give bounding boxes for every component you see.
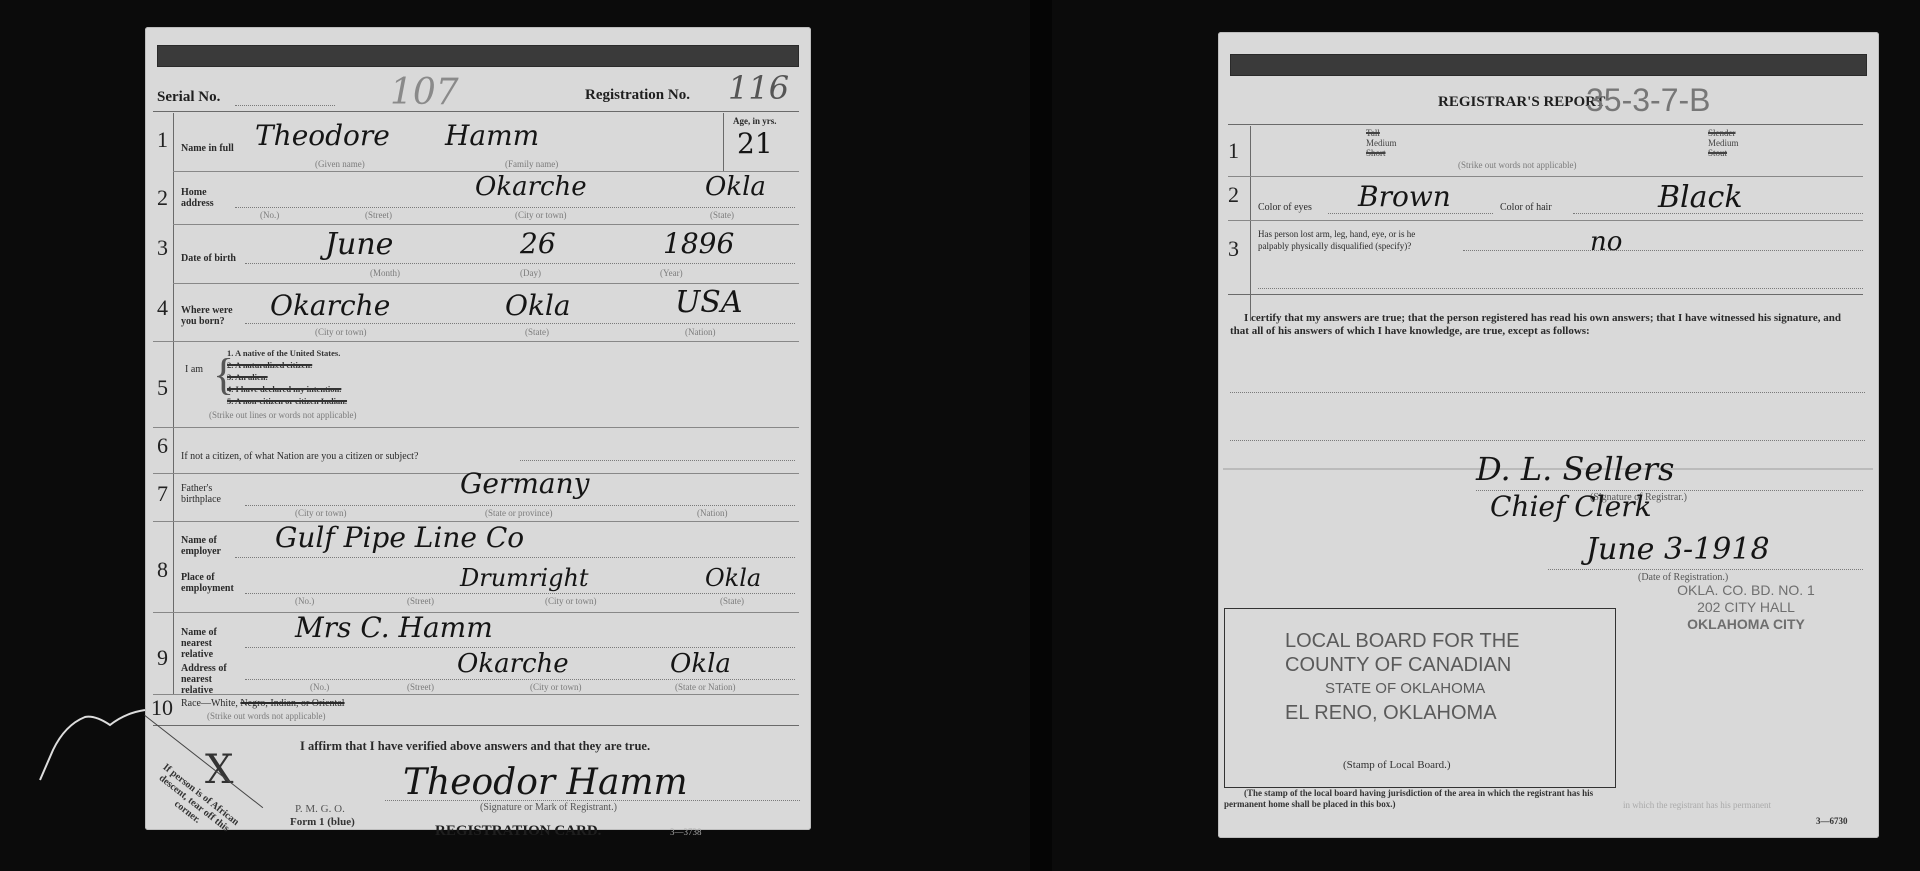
home-address-label: Home address — [181, 187, 221, 209]
local-board-stamp-box: LOCAL BOARD FOR THE COUNTY OF CANADIAN S… — [1224, 608, 1616, 788]
registration-card: Serial No. 107 Registration No. 116 1 Na… — [145, 27, 811, 830]
divider — [1228, 220, 1863, 221]
given-name: Theodore — [255, 119, 390, 152]
board-stamp-line: OKLA. CO. BD. NO. 1 — [1636, 582, 1856, 599]
home-city: Okarche — [475, 172, 587, 202]
registrar-signature: D. L. Sellers — [1476, 450, 1674, 488]
caption: (Day) — [520, 268, 541, 278]
row-number: 8 — [157, 557, 168, 583]
disability-label-2: palpably physically disqualified (specif… — [1258, 242, 1411, 252]
height-medium: Medium — [1366, 138, 1397, 148]
employment-state: Okla — [705, 564, 761, 592]
divider — [1228, 176, 1863, 177]
caption: (State) — [525, 327, 549, 337]
row-number: 9 — [157, 645, 168, 671]
dotted-line — [245, 679, 795, 680]
eye-color-label: Color of eyes — [1258, 202, 1312, 213]
height-short: Short — [1366, 148, 1397, 158]
caption: (State) — [720, 596, 744, 606]
card-title: REGISTRATION CARD. — [435, 823, 601, 840]
caption: (Month) — [370, 268, 400, 278]
birth-nation: USA — [675, 285, 743, 320]
row-number: 1 — [157, 127, 168, 153]
caption: (No.) — [295, 596, 314, 606]
caption: (City or town) — [315, 327, 367, 337]
dotted-line — [245, 263, 795, 264]
caption: (Year) — [660, 268, 683, 278]
citizenship-options: 1. A native of the United States. 2. A n… — [227, 347, 347, 407]
dotted-line — [1258, 288, 1863, 289]
relative-state: Okla — [670, 649, 731, 679]
registration-date: June 3-1918 — [1586, 532, 1770, 567]
dob-label: Date of birth — [181, 253, 236, 264]
board-stamp-line: OKLAHOMA CITY — [1636, 616, 1856, 633]
dotted-line — [235, 557, 795, 558]
race-struck: Negro, Indian, or Oriental — [240, 698, 344, 709]
caption: (State) — [710, 210, 734, 220]
caption: (State or Nation) — [675, 682, 735, 692]
employment-place-label: Place of employment — [181, 572, 236, 594]
disability-label: Has person lost arm, leg, hand, eye, or … — [1258, 230, 1415, 240]
relative-address-label: Address of nearest relative — [181, 663, 246, 696]
build-options: Slender Medium Stout — [1708, 128, 1739, 158]
nation-label: If not a citizen, of what Nation are you… — [181, 451, 418, 462]
age-rule — [723, 113, 724, 171]
dotted-line — [245, 505, 795, 506]
caption: (Nation) — [685, 327, 716, 337]
eye-color: Brown — [1358, 180, 1451, 213]
affirmation-text: I affirm that I have verified above answ… — [300, 739, 650, 754]
caption: (No.) — [260, 210, 279, 220]
stamp-line: STATE OF OKLAHOMA — [1285, 677, 1605, 701]
dotted-line — [1463, 250, 1863, 251]
birth-city: Okarche — [270, 289, 390, 322]
caption: (Street) — [407, 596, 434, 606]
row-number: 7 — [157, 481, 168, 507]
employer-name: Gulf Pipe Line Co — [275, 521, 524, 554]
registration-label: Registration No. — [585, 87, 690, 104]
relative-name-label: Name of nearest relative — [181, 627, 246, 660]
form-id: P. M. G. O. — [295, 803, 345, 815]
employer-label: Name of employer — [181, 535, 231, 557]
divider — [153, 725, 799, 726]
ghost-text: in which the registrant has his permanen… — [1623, 800, 1771, 810]
divider — [173, 283, 799, 284]
registrar-title: Chief Clerk — [1490, 490, 1652, 523]
birth-year: 1896 — [663, 227, 734, 260]
caption: (Family name) — [505, 159, 558, 169]
divider — [153, 111, 799, 112]
form-name: Form 1 (blue) — [290, 816, 355, 828]
board-stamp: OKLA. CO. BD. NO. 1 202 CITY HALL OKLAHO… — [1636, 582, 1856, 633]
age-label: Age, in yrs. — [733, 117, 777, 127]
serial-label: Serial No. — [157, 89, 220, 106]
row-rule — [173, 113, 174, 695]
caption: (City or town) — [515, 210, 567, 220]
dotted-line — [1573, 213, 1863, 214]
divider — [1228, 294, 1863, 295]
caption: (Given name) — [315, 159, 365, 169]
form-code: 3—3738 — [670, 827, 702, 837]
serial-value: 107 — [390, 72, 459, 113]
height-options: Tall Medium Short — [1366, 128, 1397, 158]
row-number: 2 — [157, 185, 168, 211]
row-number: 3 — [1228, 236, 1239, 262]
divider — [153, 427, 799, 428]
relative-city: Okarche — [457, 649, 569, 679]
row-number: 3 — [157, 235, 168, 261]
race-label: Race—White, — [181, 698, 238, 709]
board-stamp-line: 202 CITY HALL — [1636, 599, 1856, 616]
height-tall: Tall — [1366, 128, 1397, 138]
divider — [153, 694, 799, 695]
option-declared: 4. I have declared my intention. — [227, 383, 347, 395]
caption: (City or town) — [530, 682, 582, 692]
certification-text: I certify that my answers are true; that… — [1230, 312, 1862, 338]
serial-line — [235, 105, 335, 106]
birth-month: June — [325, 227, 393, 262]
divider — [153, 341, 799, 342]
hair-color: Black — [1658, 180, 1743, 215]
birthplace-label: Where were you born? — [181, 305, 241, 327]
build-slender: Slender — [1708, 128, 1739, 138]
family-name: Hamm — [445, 119, 539, 152]
dotted-line — [520, 460, 795, 461]
relative-name: Mrs C. Hamm — [295, 611, 493, 644]
home-state: Okla — [705, 172, 766, 202]
registration-value: 116 — [728, 69, 789, 107]
film-gap — [1030, 0, 1052, 871]
local-board-stamp: LOCAL BOARD FOR THE COUNTY OF CANADIAN S… — [1285, 629, 1605, 725]
age-value: 21 — [737, 127, 773, 160]
row-number: 1 — [1228, 138, 1239, 164]
employment-city: Drumright — [460, 564, 589, 592]
stamp-line: LOCAL BOARD FOR THE — [1285, 629, 1605, 653]
dotted-line — [245, 323, 795, 324]
build-stout: Stout — [1708, 148, 1739, 158]
caption: (City or town) — [545, 596, 597, 606]
row-number: 2 — [1228, 182, 1239, 208]
stamp-code: 35-3-7-B — [1586, 82, 1711, 119]
row-number: 4 — [157, 295, 168, 321]
caption: (Signature or Mark of Registrant.) — [480, 802, 617, 813]
option-naturalized: 2. A naturalized citizen. — [227, 359, 347, 371]
build-medium: Medium — [1708, 138, 1739, 148]
father-birthplace: Germany — [460, 467, 589, 500]
option-native: 1. A native of the United States. — [227, 347, 347, 359]
caption: (No.) — [310, 682, 329, 692]
row-number: 6 — [157, 433, 168, 459]
option-alien: 3. An alien. — [227, 371, 347, 383]
caption: (Stamp of Local Board.) — [1343, 759, 1451, 771]
caption: (Strike out words not applicable) — [1458, 160, 1576, 170]
divider — [173, 224, 799, 225]
stamp-line: COUNTY OF CANADIAN — [1285, 653, 1605, 677]
citizenship-label: I am — [185, 364, 203, 375]
caption: (Street) — [365, 210, 392, 220]
dotted-line — [245, 647, 795, 648]
stamp-footnote: (The stamp of the local board having jur… — [1224, 788, 1619, 810]
registrant-mark: X — [205, 747, 233, 793]
birth-state: Okla — [505, 289, 571, 322]
father-birthplace-label: Father's birthplace — [181, 483, 231, 505]
header-band — [1230, 54, 1867, 76]
date-line — [1548, 569, 1863, 570]
dotted-line — [1230, 392, 1865, 393]
caption: (Street) — [407, 682, 434, 692]
option-indian: 5. A non-citizen or citizen Indian. — [227, 395, 347, 407]
dotted-line — [235, 207, 795, 208]
registrant-signature: Theodor Hamm — [403, 762, 688, 803]
caption: (State or province) — [485, 508, 552, 518]
hair-color-label: Color of hair — [1500, 202, 1552, 213]
caption: (Nation) — [697, 508, 728, 518]
dotted-line — [1328, 213, 1493, 214]
caption: (Strike out lines or words not applicabl… — [209, 410, 356, 420]
dotted-line — [1230, 440, 1865, 441]
row-number: 10 — [151, 695, 173, 721]
disability-value: no — [1590, 227, 1622, 257]
form-code: 3—6730 — [1816, 816, 1848, 826]
caption: (City or town) — [295, 508, 347, 518]
stamp-line: EL RENO, OKLAHOMA — [1285, 701, 1605, 725]
signature-line — [385, 800, 800, 801]
scratch-mark — [35, 705, 150, 785]
birth-day: 26 — [520, 227, 556, 260]
registrar-report-card: REGISTRAR'S REPORT 35-3-7-B 1 Tall Mediu… — [1218, 32, 1879, 838]
row-number: 5 — [157, 375, 168, 401]
divider — [1228, 124, 1863, 125]
dotted-line — [245, 593, 795, 594]
name-label: Name in full — [181, 143, 234, 154]
report-title: REGISTRAR'S REPORT — [1438, 94, 1605, 111]
race-line: Race—White, Negro, Indian, or Oriental — [181, 698, 345, 709]
row-rule — [1250, 126, 1251, 321]
header-band — [157, 45, 799, 67]
caption: (Strike out words not applicable) — [207, 711, 325, 721]
